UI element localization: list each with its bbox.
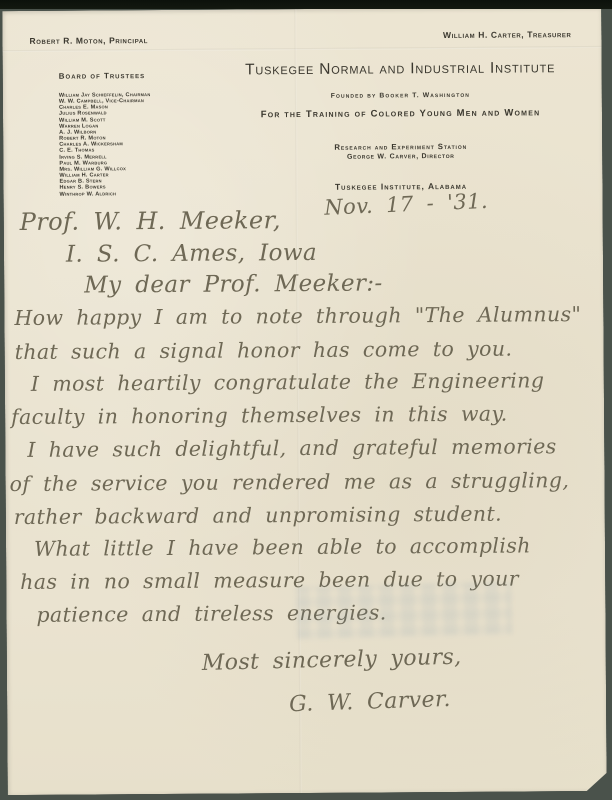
body-line: I have such delightful, and grateful mem…: [27, 434, 556, 462]
trustees-list: William Jay Schieffelin, Chairman W. W. …: [59, 91, 240, 197]
trustees-heading: Board of Trustees: [59, 70, 239, 80]
principal-name: Robert R. Moton, Principal: [29, 35, 148, 46]
body-line: I most heartily congratulate the Enginee…: [31, 368, 545, 396]
trustee-name: Winthrop W. Aldrich: [60, 190, 240, 197]
institute-name: Tuskegee Normal and Industrial Institute: [228, 59, 573, 79]
signature: G. W. Carver.: [289, 687, 451, 717]
letter-page: Robert R. Moton, Principal William H. Ca…: [2, 7, 606, 795]
closing-line: Most sincerely yours,: [202, 645, 462, 676]
scan-top-edge: [0, 0, 612, 9]
board-of-trustees: Board of Trustees William Jay Schieffeli…: [59, 70, 240, 197]
recipient-address-line: I. S. C. Ames, Iowa: [66, 240, 317, 268]
body-line: What little I have been able to accompli…: [34, 533, 531, 560]
body-line: rather backward and unpromising student.: [14, 502, 502, 529]
salutation-line: My dear Prof. Meeker:-: [84, 270, 383, 298]
research-station-line: Research and Experiment Station: [228, 141, 573, 152]
body-line: that such a signal honor has come to you…: [15, 337, 513, 364]
recipient-name-line: Prof. W. H. Meeker,: [20, 206, 281, 236]
body-line: faculty in honoring themselves in this w…: [11, 402, 508, 429]
treasurer-name: William H. Carter, Treasurer: [443, 29, 572, 40]
training-line: For the Training of Colored Young Men an…: [228, 107, 573, 120]
body-line: of the service you rendered me as a stru…: [9, 468, 569, 496]
founded-line: Founded by Booker T. Washington: [228, 91, 573, 100]
horizontal-crease: [3, 46, 602, 52]
ink-bleed-through: [296, 582, 512, 639]
director-line: George W. Carver, Director: [228, 152, 573, 161]
body-line: How happy I am to note through "The Alum…: [14, 302, 581, 330]
letterhead: Tuskegee Normal and Industrial Institute…: [228, 59, 574, 217]
